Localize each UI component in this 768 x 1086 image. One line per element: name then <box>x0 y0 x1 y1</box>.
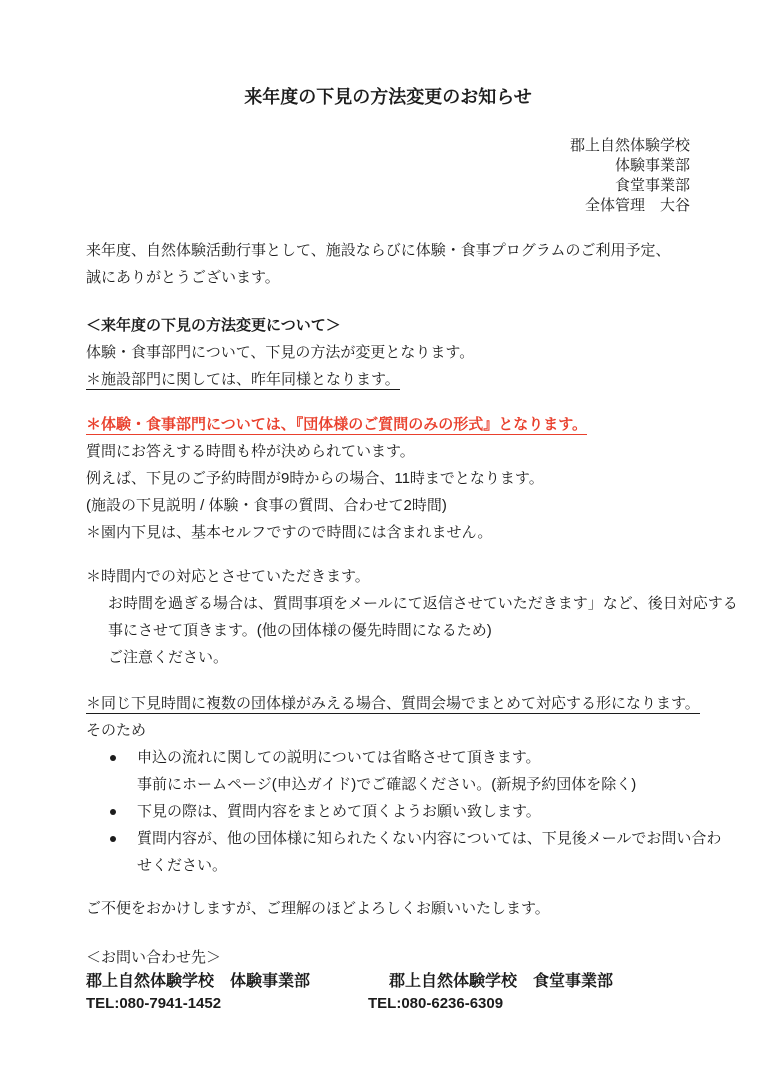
sender-block: 郡上自然体験学校 体験事業部 食堂事業部 全体管理 大谷 <box>86 136 690 216</box>
group-note-line: ＊同じ下見時間に複数の団体様がみえる場合、質問会場でまとめて対応する形になります… <box>86 690 690 717</box>
bullet-line: 事前にホームページ(申込ガイド)でご確認ください。(新規予約団体を除く) <box>137 771 636 798</box>
contact-tels-row: TEL:080-7941-1452 TEL:080-6236-6309 <box>86 993 690 1014</box>
question-detail-line: 質問にお答えする時間も枠が決められています。 <box>86 438 690 465</box>
sender-line: 食堂事業部 <box>86 176 690 196</box>
time-limit-detail: ご注意ください。 <box>86 644 690 671</box>
bullet-line: せください。 <box>137 852 721 879</box>
facility-note-underline: ＊施設部門に関しては、昨年同様となります。 <box>86 371 400 390</box>
bullet-item: 下見の際は、質問内容をまとめて頂くようお願い致します。 <box>86 798 690 825</box>
sender-line: 体験事業部 <box>86 156 690 176</box>
contact-org-left: 郡上自然体験学校 体験事業部 <box>86 971 389 993</box>
sender-line: 全体管理 大谷 <box>86 196 690 216</box>
bullet-dot-col <box>86 744 137 798</box>
contact-tel-right: TEL:080-6236-6309 <box>368 993 503 1014</box>
question-format-notice: ＊体験・食事部門については、『団体様のご質問のみの形式』となります。 <box>86 416 587 435</box>
page-title: 来年度の下見の方法変更のお知らせ <box>86 84 690 110</box>
contact-heading: ＜お問い合わせ先＞ <box>86 944 690 971</box>
time-limit-detail: お時間を過ぎる場合は、質問事項をメールにて返信させていただきます」など、後日対応… <box>86 590 690 617</box>
contact-orgs-row: 郡上自然体験学校 体験事業部 郡上自然体験学校 食堂事業部 <box>86 971 690 993</box>
bullet-dot-icon <box>110 755 116 761</box>
time-limit-lead: ＊時間内での対応とさせていただきます。 <box>86 563 690 590</box>
contact-org-right: 郡上自然体験学校 食堂事業部 <box>389 971 613 993</box>
bullet-item: 質問内容が、他の団体様に知られたくない内容については、下見後メールでお問い合わ … <box>86 825 690 879</box>
section-change-heading: ＜来年度の下見の方法変更について＞ <box>86 312 690 339</box>
bullet-dot-icon <box>110 836 116 842</box>
group-note-underline: ＊同じ下見時間に複数の団体様がみえる場合、質問会場でまとめて対応する形になります… <box>86 695 700 714</box>
bullet-dot-col <box>86 825 137 879</box>
time-limit-detail: 事にさせて頂きます。(他の団体様の優先時間になるため) <box>86 617 690 644</box>
bullet-text: 下見の際は、質問内容をまとめて頂くようお願い致します。 <box>137 798 541 825</box>
document-page: 来年度の下見の方法変更のお知らせ 郡上自然体験学校 体験事業部 食堂事業部 全体… <box>0 0 768 1086</box>
question-detail-line: (施設の下見説明 / 体験・食事の質問、合わせて2時間) <box>86 492 690 519</box>
sender-line: 郡上自然体験学校 <box>86 136 690 156</box>
section-change-body: 体験・食事部門について、下見の方法が変更となります。 <box>86 339 690 366</box>
bullet-dot-icon <box>110 809 116 815</box>
intro-line: 来年度、自然体験活動行事として、施設ならびに体験・食事プログラムのご利用予定、 <box>86 237 690 264</box>
contact-tel-left: TEL:080-7941-1452 <box>86 993 368 1014</box>
bullet-text: 申込の流れに関しての説明については省略させて頂きます。 事前にホームページ(申込… <box>137 744 636 798</box>
bullet-item: 申込の流れに関しての説明については省略させて頂きます。 事前にホームページ(申込… <box>86 744 690 798</box>
group-lead: そのため <box>86 717 690 744</box>
bullet-dot-col <box>86 798 137 825</box>
facility-note-line: ＊施設部門に関しては、昨年同様となります。 <box>86 366 690 393</box>
question-format-line: ＊体験・食事部門については、『団体様のご質問のみの形式』となります。 <box>86 411 690 438</box>
bullet-line: 申込の流れに関しての説明については省略させて頂きます。 <box>137 744 636 771</box>
bullet-text: 質問内容が、他の団体様に知られたくない内容については、下見後メールでお問い合わ … <box>137 825 721 879</box>
intro-line: 誠にありがとうございます。 <box>86 264 690 291</box>
bullet-line: 質問内容が、他の団体様に知られたくない内容については、下見後メールでお問い合わ <box>137 825 721 852</box>
closing-remark: ご不便をおかけしますが、ご理解のほどよろしくお願いいたします。 <box>86 895 690 922</box>
question-detail-line: 例えば、下見のご予約時間が9時からの場合、11時までとなります。 <box>86 465 690 492</box>
bullet-line: 下見の際は、質問内容をまとめて頂くようお願い致します。 <box>137 798 541 825</box>
question-detail-line: ＊園内下見は、基本セルフですので時間には含まれません。 <box>86 519 690 546</box>
bullet-list: 申込の流れに関しての説明については省略させて頂きます。 事前にホームページ(申込… <box>86 744 690 879</box>
